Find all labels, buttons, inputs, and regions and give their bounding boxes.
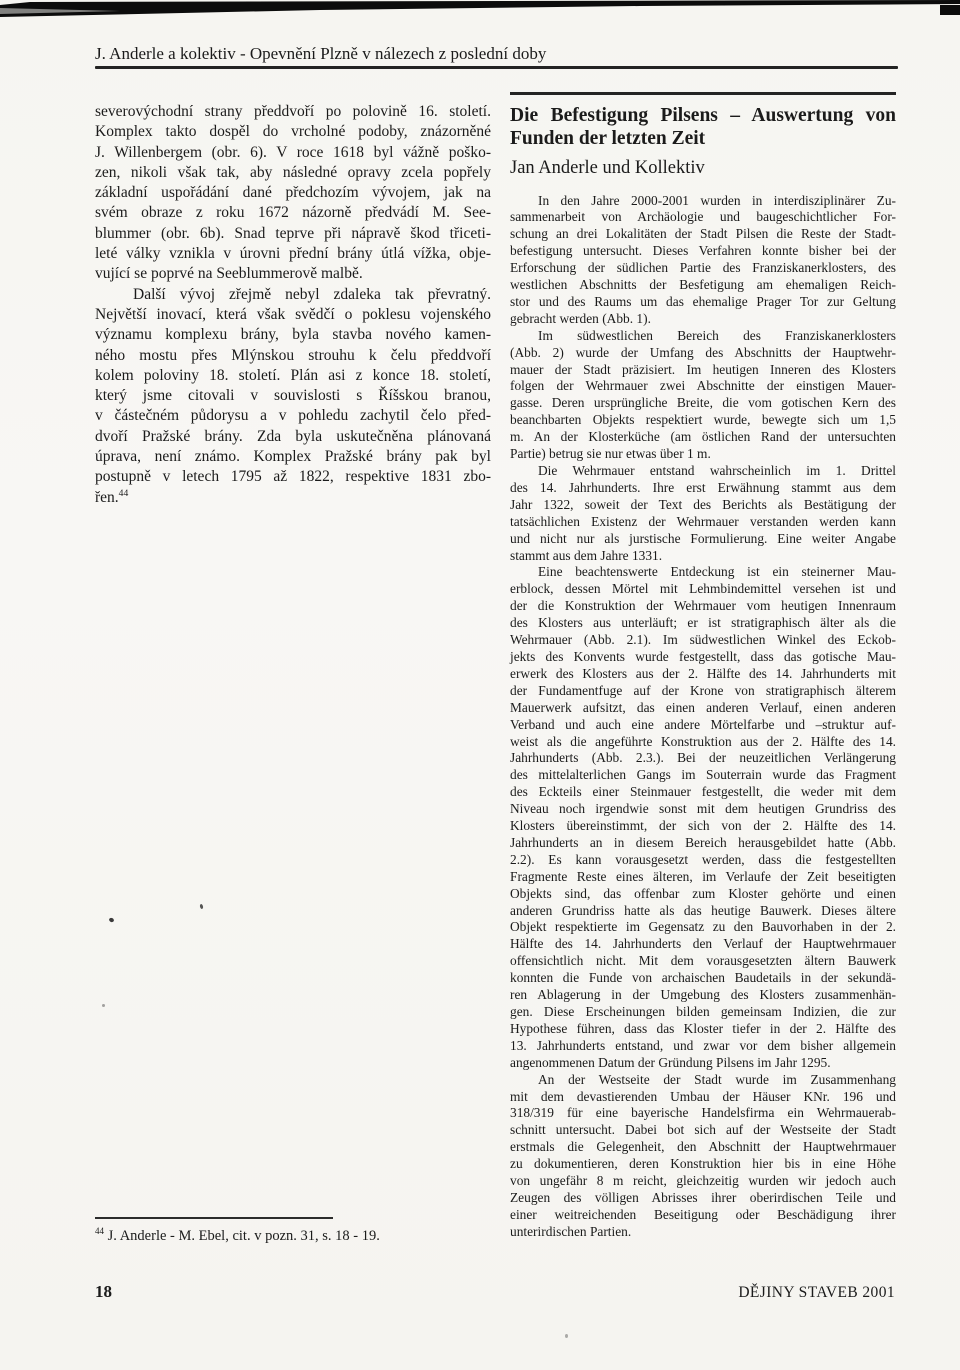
text-line: einer weitreichenden Beseitigung oder Be… <box>510 1207 896 1224</box>
paragraph: Eine beachtenswerte Entdeckung ist ein s… <box>510 564 896 1071</box>
text-line: gasse. Deren ursprüngliche Breite, die v… <box>510 395 896 412</box>
text-line: Verband und auch eine andere Mörtelfarbe… <box>510 717 896 734</box>
paragraph: An der Westseite der Stadt wurde im Zusa… <box>510 1072 896 1241</box>
text-line: konnten die Funde von archaischen Baudet… <box>510 970 896 987</box>
text-line: Jahrhunderts (Abb. 2.3.). Bei der neuzei… <box>510 750 896 767</box>
text-line: Jahr 1322, soweit der Text des Berichts … <box>510 497 896 514</box>
text-line: blummer (obr. 6b). Snad teprve při nápra… <box>95 224 491 244</box>
paragraph: Im südwestlichen Bereich des Franziskane… <box>510 328 896 463</box>
text-line: leté války vznikla v úrovni přední brány… <box>95 244 491 264</box>
article-author: Jan Anderle und Kollektiv <box>510 156 896 180</box>
text-line: mit dem devastierenden Umbau der Häuser … <box>510 1089 896 1106</box>
text-line: Erforschung der südlichen Partie des Fra… <box>510 260 896 277</box>
title-rule <box>510 92 896 95</box>
text-line: offensichtlich nicht. Mit dem vorausgese… <box>510 953 896 970</box>
text-line: vující se poprvé na Seeblummerově malbě. <box>95 264 491 284</box>
footnote-rule <box>95 1217 333 1219</box>
text-line: gebracht werden (Abb. 1). <box>510 311 896 328</box>
text-line: Eine beachtenswerte Entdeckung ist ein s… <box>510 564 896 581</box>
text-line: Die Befestigung Pilsens – Auswertung von <box>510 104 896 128</box>
text-line: erwerk des Klosters aus der 2. Hälfte de… <box>510 666 896 683</box>
text-line: des Eckteils einer Steinmauer festgestel… <box>510 784 896 801</box>
text-line: stor und des Raums um das ehemalige Prag… <box>510 294 896 311</box>
text-line: gen. Diese Erscheinungen bilden gemeinsa… <box>510 1004 896 1021</box>
czech-text-column: severovýchodní strany předdvoří po polov… <box>95 102 491 508</box>
text-line: Funden der letzten Zeit <box>510 127 896 151</box>
text-line: Niveau noch irgendwie sonst mit dem heut… <box>510 801 896 818</box>
text-line: řen.44 <box>95 488 491 508</box>
text-line: des Klosters aus unterläuft; er ist stra… <box>510 615 896 632</box>
text-line: zen, nikoli však tak, aby následné oprav… <box>95 163 491 183</box>
text-line: Hypothese führen, dass das Kloster tiefe… <box>510 1021 896 1038</box>
article-title: Die Befestigung Pilsens – Auswertung von… <box>510 104 896 151</box>
scan-speck <box>102 1004 105 1007</box>
text-line: m. An der Klosterküche (am östlichen Ran… <box>510 429 896 446</box>
text-line: anderen Grundriss hatte als das heutige … <box>510 903 896 920</box>
text-line: Hälfte des 14. Jahrhunderts den Verlauf … <box>510 936 896 953</box>
text-line: folgen der Wehrmauer zwei Abschnitte der… <box>510 378 896 395</box>
text-line: ren Ablagerung in der Umgebung des Klost… <box>510 987 896 1004</box>
text-line: weist als die angeführte Konstruktion au… <box>510 734 896 751</box>
text-line: zu dokumentieren, deren Konstruktion hie… <box>510 1156 896 1173</box>
running-head: J. Anderle a kolektiv - Opevnění Plzně v… <box>95 44 900 64</box>
text-line: 13. Jahrhunderts entstand, und zwar vor … <box>510 1038 896 1055</box>
text-line: westlichen Abschnitts der Besfetigung am… <box>510 277 896 294</box>
footnote: 44 J. Anderle - M. Ebel, cit. v pozn. 31… <box>95 1227 491 1245</box>
text-line: der Fundamentfuge auf der Krone von stra… <box>510 683 896 700</box>
text-line: svém obraze z roku 1672 názorně předvádí… <box>95 203 491 223</box>
text-line: In den Jahre 2000-2001 wurden in interdi… <box>510 193 896 210</box>
text-line: dvoří Pražské brány. Zda byla uskutečněn… <box>95 427 491 447</box>
journal-name: DĚJINY STAVEB 2001 <box>510 1284 895 1302</box>
text-line: An der Westseite der Stadt wurde im Zusa… <box>510 1072 896 1089</box>
text-line: Komplex takto dospěl do vrcholné podoby,… <box>95 122 491 142</box>
text-line: kolem poloviny 18. století. Plán asi z k… <box>95 366 491 386</box>
text-line: jekts des Konvents wurde festgestellt, d… <box>510 649 896 666</box>
text-line: unterirdischen Partien. <box>510 1224 896 1241</box>
text-line: (Abb. 2) wurde der Umfang des Abschnitts… <box>510 345 896 362</box>
scan-speck <box>199 904 203 910</box>
text-line: stammt aus dem Jahre 1331. <box>510 548 896 565</box>
text-line: angenommenen Datum der Gründung Pilsens … <box>510 1055 896 1072</box>
scanned-journal-page: J. Anderle a kolektiv - Opevnění Plzně v… <box>0 0 960 1370</box>
scan-speck <box>108 917 114 923</box>
text-line: ného mostu přes Mlýnskou strouhu k čelu … <box>95 346 491 366</box>
text-line: sammenarbeit von Archäologie und baugesc… <box>510 209 896 226</box>
text-line: Jahrhunderts an in diesem Bereich heraus… <box>510 835 896 852</box>
text-line: des 14. Jahrhunderts. Ihre erst Erwähnun… <box>510 480 896 497</box>
text-line: beanchbarten Objekts respektiert wurde, … <box>510 412 896 429</box>
paragraph: In den Jahre 2000-2001 wurden in interdi… <box>510 193 896 328</box>
text-line: J. Willenbergem (obr. 6). V roce 1618 by… <box>95 143 491 163</box>
text-line: v částečném půdorysu a v pohledu zachyti… <box>95 406 491 426</box>
text-line: schung an drei Lokalitäten der Stadt Pil… <box>510 226 896 243</box>
text-line: Objekts sind, das offenbar zum Kloster g… <box>510 886 896 903</box>
text-line: und nicht nur als jurstische Formulierun… <box>510 531 896 548</box>
text-line: Wehrmauer (Abb. 2.1). Im südwestlichen W… <box>510 632 896 649</box>
text-line: 2.2). Es kann vorausgesetzt werden, dass… <box>510 852 896 869</box>
text-line: Zeugen des völligen Abrisses ihrer oberi… <box>510 1190 896 1207</box>
text-line: Fragmente Reste eines älteren, im Verlau… <box>510 869 896 886</box>
header-rule <box>95 66 898 69</box>
text-line: Největší inovací, která však svědčí o po… <box>95 305 491 325</box>
german-text-column: Die Befestigung Pilsens – Auswertung von… <box>510 92 896 1241</box>
text-line: des mittelalterlichen Gangs im Souterrai… <box>510 767 896 784</box>
text-line: Partie) betrug sie nur etwas über 1 m. <box>510 446 896 463</box>
text-line: severovýchodní strany předdvoří po polov… <box>95 102 491 122</box>
text-line: významu komplexu brány, byla stavba nové… <box>95 325 491 345</box>
page-number: 18 <box>95 1282 112 1302</box>
text-line: der die Konstruktion der Wehrmauer vom h… <box>510 598 896 615</box>
text-line: schnitt untersucht. Dabei bot sich auf d… <box>510 1122 896 1139</box>
text-line: erstmals die Gelegenheit, den Abschnitt … <box>510 1139 896 1156</box>
paragraph: Die Wehrmauer entstand wahrscheinlich im… <box>510 463 896 564</box>
paragraph: Další vývoj zřejmě nebyl zdaleka tak pře… <box>95 285 491 508</box>
text-line: 318/319 für eine bayerische Handelsfirma… <box>510 1105 896 1122</box>
text-line: Mauerwerk aufsitzt, das einen anderen Ve… <box>510 700 896 717</box>
text-line: mauer der Stadt präzisiert. Im heutigen … <box>510 362 896 379</box>
text-line: tatsächlichen Existenz der Wehrmauer ver… <box>510 514 896 531</box>
text-line: úprava, není známo. Komplex Pražské brán… <box>95 447 491 467</box>
paragraph: Die Befestigung Pilsens – Auswertung von… <box>510 104 896 151</box>
scan-edge-artifact <box>0 0 960 26</box>
text-line: Die Wehrmauer entstand wahrscheinlich im… <box>510 463 896 480</box>
text-line: Im südwestlichen Bereich des Franziskane… <box>510 328 896 345</box>
paragraph: severovýchodní strany předdvoří po polov… <box>95 102 491 285</box>
text-line: Klosters übereinstimmt, der sich von der… <box>510 818 896 835</box>
text-line: von ungefähr 8 m reicht, gleichzeitig wu… <box>510 1173 896 1190</box>
text-line: befestigung untersucht. Dieses Verfahren… <box>510 243 896 260</box>
text-line: erblock, dessen Mörtel mit Lehmbindemitt… <box>510 581 896 598</box>
text-line: základní uspořádání dané předchozím vývo… <box>95 183 491 203</box>
scan-speck <box>565 1334 568 1338</box>
german-body-text: In den Jahre 2000-2001 wurden in interdi… <box>510 193 896 1241</box>
text-line: který jsme citovali v souvislosti s Říšs… <box>95 386 491 406</box>
text-line: Další vývoj zřejmě nebyl zdaleka tak pře… <box>95 285 491 305</box>
text-line: Objekt respektierte im Gegensatz zu den … <box>510 919 896 936</box>
text-line: postupně v letech 1795 až 1822, respekti… <box>95 467 491 487</box>
